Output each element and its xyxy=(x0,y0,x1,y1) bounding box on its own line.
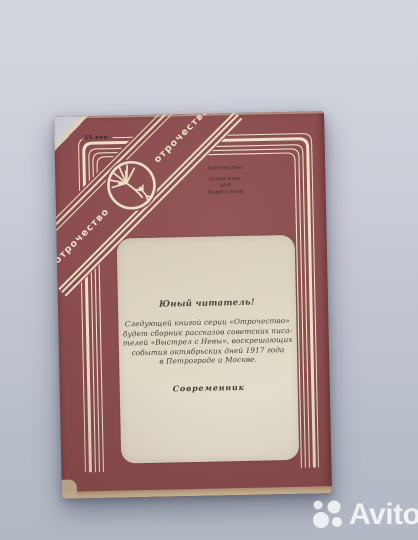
avito-wordmark: Avito xyxy=(349,497,418,533)
worn-corner-chip xyxy=(62,479,77,498)
book-back-cover: отрочество xyxy=(54,111,332,499)
salutation-text: Юный читатель! xyxy=(118,297,296,311)
announcement-paragraph: Следующей книгой серии «Отрочество» буде… xyxy=(118,316,297,368)
imprint-line: ОТРОЧЕСТВО xyxy=(203,165,247,172)
series-title-text: отрочество xyxy=(54,206,111,266)
publisher-signature: Современник xyxy=(120,381,298,395)
avito-logo-icon xyxy=(310,497,346,533)
avito-watermark: Avito xyxy=(310,497,418,533)
announcement-card: Юный читатель! Следующей книгой серии «О… xyxy=(117,235,300,464)
imprint-line: ПОДРОСТКОВ xyxy=(204,188,248,195)
series-title-text: отрочество xyxy=(152,111,212,165)
photo-backdrop: отрочество xyxy=(0,0,418,540)
imprint-block: ОТРОЧЕСТВО СЕРИЯ КНИГ ДЛЯ ПОДРОСТКОВ xyxy=(203,165,248,196)
worn-corner xyxy=(54,116,89,151)
